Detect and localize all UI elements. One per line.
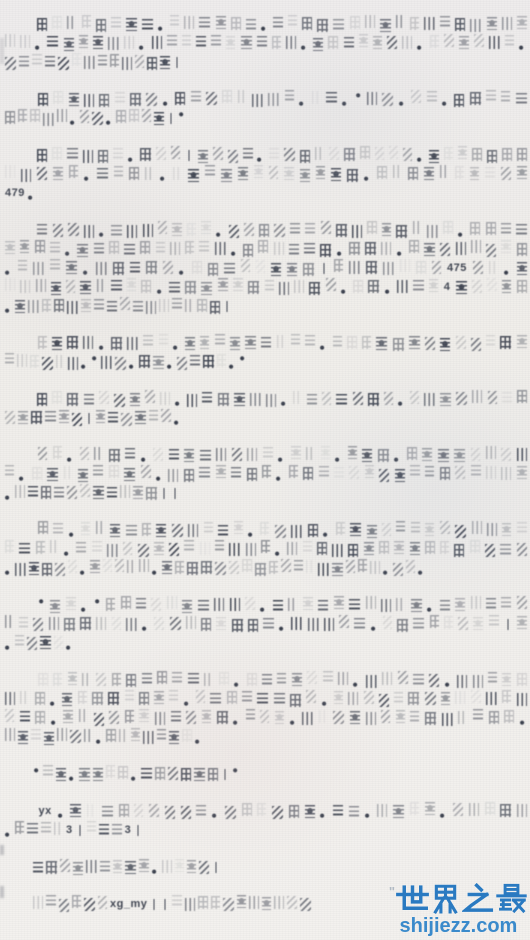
glyph (15, 635, 24, 648)
glyph (199, 17, 210, 30)
text-line (5, 334, 527, 353)
glyph (425, 523, 434, 536)
glyph (411, 599, 422, 612)
latin-text: 3 (66, 821, 73, 840)
glyph (32, 54, 42, 67)
glyph (201, 561, 212, 574)
glyph (342, 93, 349, 106)
glyph (278, 449, 285, 462)
glyph (364, 168, 371, 181)
glyph (21, 596, 32, 609)
glyph (489, 261, 498, 274)
glyph (368, 280, 379, 293)
glyph (111, 17, 121, 30)
glyph (501, 223, 511, 236)
glyph (73, 862, 83, 875)
watermark: " (389, 883, 528, 937)
text-line (5, 615, 527, 634)
glyph (46, 895, 56, 908)
glyph (21, 521, 32, 534)
glyph (254, 165, 263, 178)
glyph (289, 805, 299, 818)
glyph (500, 336, 511, 349)
glyph (199, 467, 210, 480)
glyph (246, 709, 255, 722)
glyph (440, 165, 449, 178)
glyph (53, 523, 63, 536)
glyph (307, 671, 317, 684)
glyph (112, 617, 121, 630)
glyph (318, 563, 329, 576)
glyph (110, 524, 120, 537)
glyph (37, 18, 47, 31)
glyph (5, 262, 12, 275)
glyph (134, 825, 142, 836)
glyph (51, 712, 58, 725)
glyph (427, 225, 438, 238)
glyph (87, 804, 96, 817)
glyph (362, 336, 371, 349)
glyph (18, 731, 28, 744)
glyph (115, 559, 124, 572)
glyph (106, 765, 115, 778)
glyph (400, 259, 410, 272)
glyph (107, 301, 117, 314)
glyph (96, 262, 107, 275)
glyph (70, 112, 77, 125)
glyph (312, 91, 321, 104)
glyph (196, 690, 205, 703)
glyph (413, 280, 424, 293)
glyph (125, 710, 134, 723)
glyph (19, 895, 30, 908)
glyph (135, 55, 144, 68)
glyph (167, 356, 174, 369)
glyph (381, 242, 391, 255)
glyph (53, 91, 63, 104)
glyph (5, 278, 15, 291)
glyph (85, 413, 93, 424)
glyph (517, 804, 527, 817)
glyph (84, 94, 94, 107)
glyph (393, 338, 404, 351)
glyph (425, 712, 436, 725)
text-line: 4 (5, 278, 527, 297)
glyph (30, 355, 39, 368)
paragraph (5, 390, 527, 428)
glyph (255, 563, 266, 576)
glyph (168, 767, 178, 780)
glyph (333, 711, 344, 724)
latin-text: 4 (444, 278, 451, 297)
glyph (69, 768, 76, 781)
glyph (187, 394, 197, 407)
glyph (126, 18, 137, 31)
glyph (114, 166, 123, 179)
glyph (242, 691, 252, 704)
glyph (234, 393, 245, 406)
glyph (96, 731, 103, 744)
glyph (27, 637, 37, 650)
glyph (182, 35, 191, 48)
glyph (246, 543, 256, 556)
glyph (227, 691, 237, 704)
glyph (505, 35, 514, 48)
glyph (427, 599, 434, 612)
glyph (455, 466, 465, 479)
glyph (173, 337, 180, 350)
glyph (202, 392, 212, 405)
glyph (456, 336, 466, 349)
glyph (94, 599, 101, 612)
glyph (80, 447, 89, 460)
glyph (425, 466, 434, 479)
glyph (102, 806, 113, 819)
glyph (147, 57, 157, 70)
glyph (410, 711, 419, 724)
glyph (519, 37, 526, 50)
glyph (210, 301, 220, 314)
glyph (225, 806, 236, 819)
glyph (52, 391, 62, 404)
glyph (56, 768, 66, 781)
glyph (323, 671, 333, 684)
glyph (469, 803, 479, 816)
glyph (60, 859, 70, 872)
glyph (92, 541, 102, 554)
glyph (277, 673, 286, 686)
glyph (444, 147, 453, 160)
glyph (22, 802, 33, 815)
glyph (197, 299, 207, 312)
glyph (347, 169, 358, 182)
glyph (154, 112, 164, 125)
glyph (291, 334, 300, 347)
latin-text: 475 (447, 259, 467, 278)
glyph (301, 37, 308, 50)
glyph (470, 92, 481, 105)
glyph (37, 149, 47, 162)
glyph (131, 728, 140, 741)
glyph (238, 90, 247, 103)
glyph (413, 618, 424, 631)
glyph (290, 712, 297, 725)
glyph (250, 393, 261, 406)
glyph (198, 896, 208, 909)
glyph (413, 674, 424, 687)
glyph (141, 449, 148, 462)
glyph (175, 92, 185, 105)
glyph (517, 243, 527, 256)
glyph (293, 391, 302, 404)
glyph (195, 731, 202, 744)
glyph (517, 166, 527, 179)
glyph (94, 447, 103, 460)
text-line (5, 596, 527, 615)
paragraph (5, 765, 527, 784)
glyph (5, 562, 12, 575)
glyph (367, 221, 377, 234)
glyph (370, 561, 380, 574)
glyph (440, 16, 450, 29)
glyph (79, 35, 88, 48)
glyph (5, 802, 16, 815)
glyph (458, 711, 467, 724)
glyph (424, 167, 434, 180)
glyph (158, 18, 165, 31)
glyph (247, 673, 257, 686)
glyph (329, 147, 339, 160)
glyph (20, 240, 29, 253)
glyph (186, 711, 196, 724)
glyph (470, 19, 481, 32)
glyph (442, 93, 449, 106)
glyph (471, 448, 480, 461)
glyph (245, 597, 255, 610)
glyph (120, 485, 130, 498)
glyph (489, 711, 499, 724)
glyph (139, 859, 149, 872)
glyph (142, 109, 151, 122)
glyph (287, 263, 297, 276)
glyph (249, 896, 259, 909)
glyph (5, 540, 14, 553)
glyph (5, 300, 12, 313)
glyph (440, 521, 450, 534)
glyph (470, 222, 480, 235)
glyph (127, 560, 136, 573)
hanzi-shi-icon (396, 883, 429, 917)
glyph (201, 618, 211, 631)
glyph (5, 615, 14, 628)
glyph (106, 729, 116, 742)
text-line (5, 559, 527, 578)
glyph (517, 448, 527, 461)
glyph (5, 895, 16, 908)
glyph (308, 618, 319, 631)
glyph (82, 673, 91, 686)
glyph (396, 225, 407, 238)
glyph (217, 711, 228, 724)
glyph (138, 544, 149, 557)
glyph (269, 148, 279, 161)
paragraph: 479 (5, 146, 527, 203)
glyph (187, 860, 196, 873)
glyph (429, 674, 439, 687)
glyph (349, 806, 359, 819)
glyph (93, 465, 103, 478)
glyph (33, 862, 43, 875)
text-line (5, 484, 527, 503)
glyph (394, 449, 401, 462)
glyph (473, 617, 483, 630)
glyph (359, 34, 368, 47)
glyph (202, 710, 211, 723)
glyph (124, 36, 134, 49)
glyph (349, 599, 360, 612)
glyph (299, 93, 306, 106)
glyph (321, 221, 331, 234)
text-line (5, 728, 527, 747)
glyph (97, 168, 108, 181)
glyph (54, 822, 63, 835)
glyph (94, 713, 104, 726)
glyph (199, 861, 209, 874)
glyph (187, 223, 196, 236)
glyph (80, 617, 91, 630)
text-line (5, 465, 527, 484)
glyph (136, 598, 146, 611)
glyph (43, 765, 53, 778)
glyph (380, 19, 391, 32)
glyph (65, 243, 72, 256)
glyph (19, 56, 29, 69)
glyph (281, 393, 288, 406)
hanzi-zui-icon (495, 883, 528, 917)
glyph (156, 524, 166, 537)
glyph (241, 36, 252, 49)
glyph (332, 544, 343, 557)
scan-edge-artifact (0, 845, 4, 855)
glyph (440, 541, 449, 554)
glyph (262, 465, 271, 478)
glyph (219, 672, 229, 685)
glyph (64, 38, 74, 51)
glyph (172, 524, 183, 537)
glyph (444, 34, 454, 47)
glyph (119, 804, 129, 817)
glyph (53, 673, 62, 686)
glyph (248, 281, 259, 294)
glyph (274, 242, 284, 255)
glyph (271, 263, 281, 276)
glyph (410, 391, 419, 404)
glyph (382, 523, 391, 536)
paragraph (5, 858, 527, 877)
glyph (377, 804, 387, 817)
glyph (108, 37, 119, 50)
glyph (381, 599, 391, 612)
glyph (417, 37, 424, 50)
glyph (188, 169, 199, 182)
glyph (487, 523, 497, 536)
glyph (517, 466, 527, 479)
glyph (139, 355, 150, 368)
glyph (252, 94, 263, 107)
glyph (277, 335, 286, 348)
glyph (18, 260, 27, 273)
glyph (167, 113, 175, 124)
glyph (410, 802, 419, 815)
glyph (211, 35, 221, 48)
glyph (379, 694, 389, 707)
glyph (169, 690, 178, 703)
glyph (222, 90, 232, 103)
glyph (337, 243, 344, 256)
text-line (5, 709, 527, 728)
glyph (440, 600, 450, 613)
glyph (382, 223, 391, 236)
glyph (489, 615, 499, 628)
glyph (389, 146, 398, 159)
glyph (171, 488, 179, 499)
glyph (38, 599, 45, 612)
glyph (333, 805, 343, 818)
glyph (133, 486, 143, 499)
glyph (262, 897, 271, 910)
glyph (379, 469, 389, 482)
glyph (216, 448, 226, 461)
glyph (300, 169, 310, 182)
glyph (305, 223, 315, 236)
glyph (241, 259, 250, 272)
glyph (261, 337, 271, 350)
glyph (210, 693, 221, 706)
text-line (5, 15, 527, 34)
glyph (17, 354, 27, 367)
glyph (454, 544, 464, 557)
glyph (81, 522, 90, 535)
glyph (149, 804, 159, 817)
glyph (274, 896, 284, 909)
glyph (84, 168, 91, 181)
glyph (200, 542, 210, 555)
glyph (350, 16, 360, 29)
glyph (76, 825, 84, 836)
glyph (502, 690, 511, 703)
glyph (68, 357, 78, 370)
glyph (96, 410, 105, 423)
glyph (70, 804, 81, 817)
glyph (269, 166, 278, 179)
glyph (289, 465, 298, 478)
glyph (67, 393, 78, 406)
glyph (429, 279, 438, 292)
glyph (106, 112, 113, 125)
glyph (52, 337, 62, 350)
glyph (69, 165, 78, 178)
glyph (263, 618, 274, 631)
latin-text: xg_my (110, 895, 147, 914)
glyph (455, 598, 465, 611)
glyph (302, 17, 312, 30)
glyph (185, 241, 194, 254)
latin-text: 479 (5, 184, 25, 203)
glyph (40, 636, 51, 649)
glyph (146, 261, 157, 274)
text-line (5, 165, 527, 184)
glyph (94, 299, 104, 312)
glyph (348, 544, 358, 557)
glyph (72, 53, 81, 66)
glyph (167, 596, 177, 609)
glyph (66, 261, 77, 274)
glyph (279, 618, 286, 631)
glyph (35, 711, 45, 724)
glyph (50, 600, 60, 613)
glyph (228, 150, 238, 163)
glyph (224, 263, 235, 276)
glyph (269, 561, 278, 574)
glyph (399, 93, 406, 106)
glyph (398, 671, 408, 684)
glyph (96, 521, 105, 534)
glyph (151, 598, 161, 611)
glyph (171, 711, 181, 724)
glyph (50, 259, 60, 272)
glyph (383, 616, 392, 629)
glyph (154, 691, 164, 704)
